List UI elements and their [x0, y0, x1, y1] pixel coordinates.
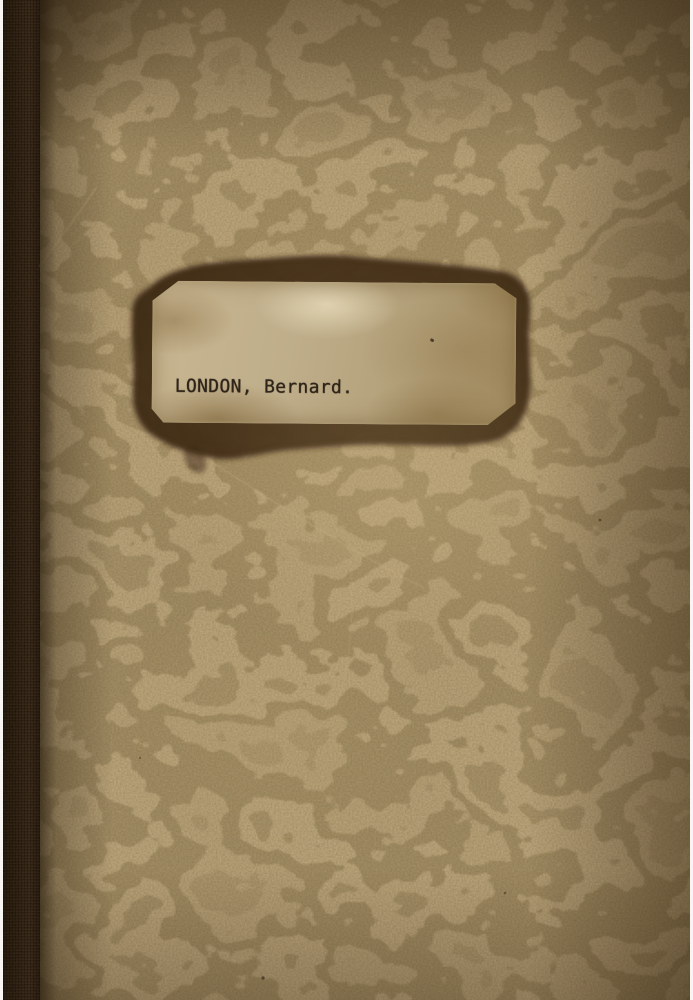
paste-label: LONDON, Bernard. Ending the depression t…: [151, 281, 516, 426]
marble-paper-texture: [3, 0, 690, 1000]
scanned-book-cover: LONDON, Bernard. Ending the depression t…: [0, 0, 693, 1000]
cover-texture: [0, 0, 693, 1000]
cover-joint-shadow: [40, 0, 56, 1000]
label-author-line: LONDON, Bernard.: [175, 375, 516, 401]
